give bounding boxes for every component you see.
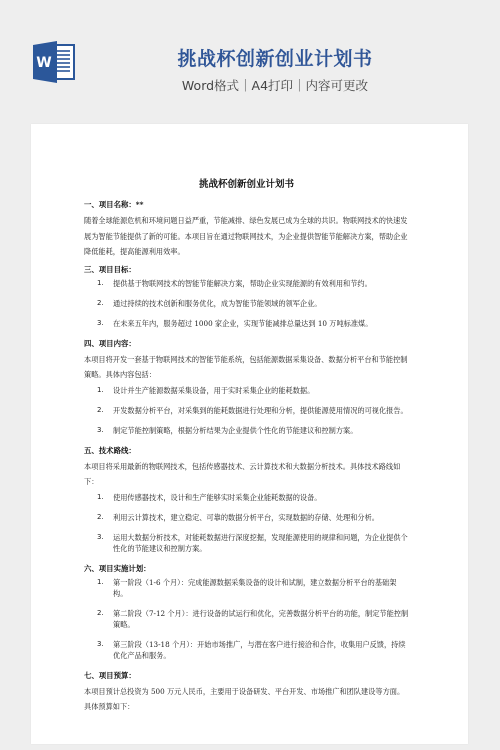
section-paragraph: 本项目预计总投资为 500 万元人民币，主要用于设备研发、平台开发、市场推广和团… (84, 684, 409, 715)
list-item: 2.通过持续的技术创新和服务优化，成为智能节能领域的领军企业。 (84, 298, 409, 309)
list-item: 3.第三阶段（13-18 个月）：开始市场推广，与潜在客户进行接洽和合作，收集用… (84, 639, 409, 661)
list-number: 3. (84, 425, 113, 436)
section-heading: 一、项目名称：** (84, 199, 409, 210)
list-number: 3. (84, 318, 113, 329)
list-item: 2.第二阶段（7-12 个月）：进行设备的试运行和优化，完善数据分析平台的功能，… (84, 608, 409, 630)
list-number: 2. (84, 512, 113, 523)
numbered-list: 1.设计并生产能源数据采集设备，用于实时采集企业的能耗数据。 2.开发数据分析平… (84, 385, 409, 436)
list-item: 2.利用云计算技术，建立稳定、可靠的数据分析平台，实现数据的存储、处理和分析。 (84, 512, 409, 523)
list-number: 3. (84, 639, 113, 661)
list-text: 利用云计算技术，建立稳定、可靠的数据分析平台，实现数据的存储、处理和分析。 (113, 512, 409, 523)
list-item: 1.设计并生产能源数据采集设备，用于实时采集企业的能耗数据。 (84, 385, 409, 396)
document-title: 挑战杯创新创业计划书 (84, 176, 409, 190)
list-text: 使用传感器技术，设计和生产能够实时采集企业能耗数据的设备。 (113, 492, 409, 503)
document-body: 挑战杯创新创业计划书 一、项目名称：** 随着全球能源危机和环境问题日益严重，节… (84, 176, 409, 715)
section-heading: 五、技术路线： (84, 445, 409, 456)
list-number: 2. (84, 405, 113, 416)
list-number: 2. (84, 608, 113, 630)
list-number: 1. (84, 385, 113, 396)
list-text: 第一阶段（1-6 个月）：完成能源数据采集设备的设计和试制，建立数据分析平台的基… (113, 577, 409, 599)
page-title: 挑战杯创新创业计划书 (150, 44, 400, 71)
section-paragraph: 随着全球能源危机和环境问题日益严重，节能减排、绿色发展已成为全球的共识。物联网技… (84, 213, 409, 260)
list-text: 通过持续的技术创新和服务优化，成为智能节能领域的领军企业。 (113, 298, 409, 309)
list-number: 2. (84, 298, 113, 309)
list-item: 3.制定节能控制策略，根据分析结果为企业提供个性化的节能建议和控制方案。 (84, 425, 409, 436)
list-item: 3.运用大数据分析技术，对能耗数据进行深度挖掘，发现能源使用的规律和问题，为企业… (84, 532, 409, 554)
list-text: 第三阶段（13-18 个月）：开始市场推广，与潜在客户进行接洽和合作，收集用户反… (113, 639, 409, 661)
list-text: 制定节能控制策略，根据分析结果为企业提供个性化的节能建议和控制方案。 (113, 425, 409, 436)
list-text: 开发数据分析平台，对采集到的能耗数据进行处理和分析，提供能源使用情况的可视化报告… (113, 405, 409, 416)
list-item: 2.开发数据分析平台，对采集到的能耗数据进行处理和分析，提供能源使用情况的可视化… (84, 405, 409, 416)
list-text: 在未来五年内，服务超过 1000 家企业，实现节能减排总量达到 10 万吨标准煤… (113, 318, 409, 329)
numbered-list: 1.提供基于物联网技术的智能节能解决方案，帮助企业实现能源的有效利用和节约。 2… (84, 278, 409, 329)
document-page: 挑战杯创新创业计划书 一、项目名称：** 随着全球能源危机和环境问题日益严重，节… (31, 124, 468, 744)
page-subtitle: Word格式｜A4打印｜内容可更改 (150, 76, 400, 94)
section-heading: 三、项目目标： (84, 264, 409, 275)
list-text: 提供基于物联网技术的智能节能解决方案，帮助企业实现能源的有效利用和节约。 (113, 278, 409, 289)
section-paragraph: 本项目将开发一套基于物联网技术的智能节能系统，包括能源数据采集设备、数据分析平台… (84, 352, 409, 383)
header: W 挑战杯创新创业计划书 Word格式｜A4打印｜内容可更改 (0, 0, 500, 110)
list-item: 1.提供基于物联网技术的智能节能解决方案，帮助企业实现能源的有效利用和节约。 (84, 278, 409, 289)
list-text: 运用大数据分析技术，对能耗数据进行深度挖掘，发现能源使用的规律和问题，为企业提供… (113, 532, 409, 554)
list-text: 第二阶段（7-12 个月）：进行设备的试运行和优化，完善数据分析平台的功能，制定… (113, 608, 409, 630)
section-heading: 七、项目预算： (84, 670, 409, 681)
numbered-list: 1.第一阶段（1-6 个月）：完成能源数据采集设备的设计和试制，建立数据分析平台… (84, 577, 409, 661)
word-document-icon: W (31, 40, 77, 84)
list-number: 3. (84, 532, 113, 554)
list-item: 1.使用传感器技术，设计和生产能够实时采集企业能耗数据的设备。 (84, 492, 409, 503)
section-paragraph: 本项目将采用最新的物联网技术，包括传感器技术、云计算技术和大数据分析技术。具体技… (84, 459, 409, 490)
svg-text:W: W (36, 55, 51, 71)
list-item: 1.第一阶段（1-6 个月）：完成能源数据采集设备的设计和试制，建立数据分析平台… (84, 577, 409, 599)
list-number: 1. (84, 577, 113, 599)
list-item: 3.在未来五年内，服务超过 1000 家企业，实现节能减排总量达到 10 万吨标… (84, 318, 409, 329)
list-number: 1. (84, 492, 113, 503)
section-heading: 六、项目实施计划： (84, 563, 409, 574)
numbered-list: 1.使用传感器技术，设计和生产能够实时采集企业能耗数据的设备。 2.利用云计算技… (84, 492, 409, 554)
list-text: 设计并生产能源数据采集设备，用于实时采集企业的能耗数据。 (113, 385, 409, 396)
section-heading: 四、项目内容： (84, 338, 409, 349)
list-number: 1. (84, 278, 113, 289)
